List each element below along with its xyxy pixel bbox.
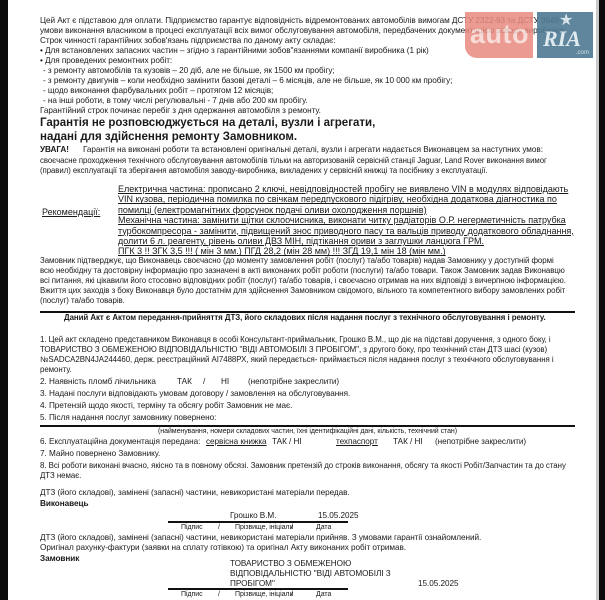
tech-passport-choice[interactable]: ТАК / НІ bbox=[393, 437, 423, 447]
attention-text: Гарантія на виконані роботи та встановле… bbox=[83, 145, 543, 155]
recommendation-line: VIN кузова, періодична помилка по свічка… bbox=[118, 194, 529, 204]
customer-name-line: ТОВАРИСТВО З ОБМЕЖЕНОЮ bbox=[230, 559, 351, 569]
caption-sep: / bbox=[291, 523, 293, 533]
confirmation-line: всю необхідну та достовірну інформацію п… bbox=[40, 266, 565, 276]
caption-name: Прізвище, ініціали bbox=[235, 590, 293, 600]
warranty-line: - щодо виконання фарбувальних робіт – пр… bbox=[43, 86, 273, 96]
item-8-line: 8. Всі роботи виконані вчасно, якісно та… bbox=[40, 461, 566, 471]
executor-name: Грошко В.М. bbox=[230, 511, 276, 521]
item-4: 4. Претензій щодо якості, терміну та обс… bbox=[40, 401, 292, 411]
item-1-line: 1. Цей акт складено представником Викона… bbox=[40, 335, 551, 345]
autoria-watermark: auto ★ RIA .com bbox=[465, 12, 595, 58]
confirmation-line: Замовник підтверджує, що Виконавець своє… bbox=[40, 256, 554, 266]
item-1-line: №SADCA2BN4JA244460, держ. реєстраційний … bbox=[40, 355, 554, 365]
executor-role: Виконавець bbox=[40, 499, 88, 509]
customer-date: 15.05.2025 bbox=[418, 579, 458, 589]
strike-note: (непотрібне закреслити) bbox=[435, 437, 526, 447]
caption-sep: / bbox=[218, 590, 220, 600]
recommendations-label: Рекомендації: bbox=[42, 207, 100, 217]
tech-passport-label: техпаспорт bbox=[336, 437, 378, 447]
confirmation-line: всі питання, які цікавили його стосовно … bbox=[40, 276, 566, 286]
conditions-line: своєчасне проходження технічного обслуго… bbox=[40, 156, 547, 166]
service-book-choice[interactable]: ТАК / НІ bbox=[272, 437, 302, 447]
auto-logo-text: auto bbox=[470, 19, 529, 50]
transfer-heading: Даний Акт є Актом передання-прийняття ДТ… bbox=[64, 313, 546, 323]
warranty-line: - з ремонту двигунів – коли необхідно за… bbox=[43, 76, 452, 86]
scan-right-border bbox=[599, 0, 605, 600]
ria-logo-text: RIA bbox=[543, 26, 581, 52]
seal-yes-option[interactable]: ТАК bbox=[177, 377, 192, 387]
scan-left-border bbox=[0, 0, 8, 600]
warranty-line: Строк чинності гарантійних зобов'язань п… bbox=[40, 36, 335, 46]
recommendation-line: турбокомпресора - замінити, підвищений з… bbox=[118, 226, 529, 236]
caption-date: Дата bbox=[316, 590, 331, 600]
auto-logo-block: auto bbox=[465, 12, 533, 58]
caption-date: Дата bbox=[316, 523, 331, 533]
item-3: 3. Надані послуги відповідають умовам до… bbox=[40, 389, 350, 399]
seal-no-option[interactable]: НІ bbox=[221, 377, 229, 387]
customer-name-line: ВІДПОВІДАЛЬНІСТЮ "ВІДІ АВТОМОБІЛІ З bbox=[230, 569, 391, 579]
returned-items-caption: (найменування, номери складових частин, … bbox=[158, 427, 457, 437]
strike-note: (непотрібне закреслити) bbox=[248, 377, 339, 387]
recommendation-line: Електрична частина: прописано 2 ключі, н… bbox=[118, 184, 529, 194]
item-2-label: 2. Наявність пломб лічильника bbox=[40, 377, 156, 387]
warranty-line: Гарантійний строк починає перебіг з дня … bbox=[40, 106, 321, 116]
customer-statement-2: Оригінал рахунку-фактури (заявки на спла… bbox=[40, 543, 406, 553]
item-7: 7. Майно повернено Замовнику. bbox=[40, 449, 160, 459]
recommendation-line: долити 6 л. реагенту, рівень оливи ДВЗ М… bbox=[118, 236, 529, 246]
warranty-line: - з ремонту автомобілів та кузовів – 20 … bbox=[43, 66, 335, 76]
item-1-line: ремонту. bbox=[40, 365, 72, 375]
service-book-label: сервісна книжка bbox=[206, 437, 267, 447]
conditions-line: (правил) експлуатації та зберігання авто… bbox=[40, 166, 487, 176]
item-6-label: 6. Експлуатаційна документація передана: bbox=[40, 437, 200, 447]
customer-role: Замовник bbox=[40, 554, 79, 564]
item-1-line: ТОВАРИСТВО З ОБМЕЖЕНОЮ ВІДПОВІДАЛЬНІСТЮ … bbox=[40, 345, 547, 355]
caption-signature: Підпис bbox=[181, 590, 203, 600]
caption-name: Прізвище, ініціали bbox=[235, 523, 293, 533]
recommendation-line: помилці (електромагнітних форсунок подач… bbox=[118, 205, 529, 215]
ria-logo-block: ★ RIA .com bbox=[537, 12, 593, 58]
warranty-line: - на інші роботи, в тому числі регулювал… bbox=[43, 96, 308, 106]
item-5: 5. Після надання послуг замовнику поверн… bbox=[40, 413, 216, 423]
item-8-line: ДТЗ немає. bbox=[40, 471, 81, 481]
exclusion-heading: Гарантія не розповсюджується на деталі, … bbox=[40, 117, 375, 130]
customer-statement-1: ДТЗ (його складові), замінені (запасні) … bbox=[40, 533, 481, 543]
warranty-line: • Для проведених ремонтних робіт: bbox=[40, 56, 172, 66]
confirmation-line: Вжиття цих заходів з боку Виконавця було… bbox=[40, 286, 565, 296]
option-separator: / bbox=[203, 377, 205, 387]
warranty-line: • Для встановлених запасних частин – згі… bbox=[40, 46, 429, 56]
caption-sep: / bbox=[291, 590, 293, 600]
exclusion-heading: надані для здійснення ремонту Замовником… bbox=[40, 131, 297, 144]
ria-logo-suffix: .com bbox=[576, 50, 589, 56]
recommendations-text: Електрична частина: прописано 2 ключі, н… bbox=[118, 184, 529, 257]
confirmation-line: (послуг) та/або товарів. bbox=[40, 296, 125, 306]
attention-label: УВАГА! bbox=[40, 145, 69, 155]
recommendation-line: Механічна частина: замінити щітки склооч… bbox=[118, 215, 529, 225]
caption-sep: / bbox=[218, 523, 220, 533]
executor-statement: ДТЗ (його складові), замінені (запасні) … bbox=[40, 488, 350, 498]
caption-signature: Підпис bbox=[181, 523, 203, 533]
executor-date: 15.05.2025 bbox=[318, 511, 358, 521]
